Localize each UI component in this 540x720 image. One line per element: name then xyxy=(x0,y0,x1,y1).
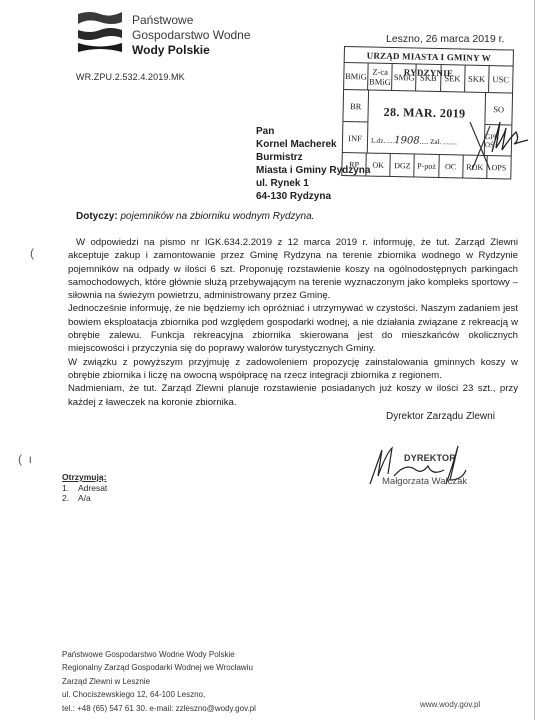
org-line-1: Państwowe xyxy=(132,13,251,28)
body-paragraph: Jednocześnie informuję, że nie będziemy … xyxy=(68,302,518,355)
scan-edge-line xyxy=(534,0,535,720)
letter-body: W odpowiedzi na pismo nr IGK.634.2.2019 … xyxy=(68,236,518,409)
signature-stamp-title: DYREKTOR xyxy=(404,453,456,463)
stamp-cell: Z-ca BMiG xyxy=(368,64,393,90)
footer-line: Państwowe Gospodarstwo Wodne Wody Polski… xyxy=(62,648,256,661)
distribution-list: Otrzymują: 1.Adresat 2.A/a xyxy=(62,472,107,504)
handwritten-initials-icon xyxy=(486,118,530,158)
recipient-line: Miasta i Gminy Rydzyna xyxy=(256,164,370,177)
footer-line: Zarząd Zlewni w Lesznie xyxy=(62,675,256,688)
stamp-cell: USC xyxy=(489,66,513,92)
recipient-line: 64-130 Rydzyna xyxy=(256,190,370,203)
stamp-cell: DGZ xyxy=(391,154,416,177)
org-line-2: Gospodarstwo Wodne xyxy=(132,28,251,43)
signatory-role: Dyrektor Zarządu Zlewni xyxy=(386,411,495,422)
signatory-name: Małgorzata Walczak xyxy=(382,476,467,487)
reference-number: WR.ZPU.2.532.4.2019.MK xyxy=(76,72,185,82)
subject-line: Dotyczy: pojemników na zbiorniku wodnym … xyxy=(76,211,314,222)
footer-line: Regionalny Zarząd Gospodarki Wodnej we W… xyxy=(62,661,256,674)
stamp-received-date: 28. MAR. 2019 xyxy=(383,105,465,122)
distribution-header: Otrzymują: xyxy=(62,472,107,483)
recipient-line: Pan xyxy=(256,125,370,138)
stamp-cell: SKB xyxy=(417,65,442,91)
ldz-label: L.dz. xyxy=(371,137,386,145)
footer-line: ul. Chociszewskiego 12, 64-100 Leszno, xyxy=(62,688,256,701)
distribution-item: 2.A/a xyxy=(62,493,107,504)
subject-value: pojemników na zbiorniku wodnym Rydzyna. xyxy=(120,211,314,222)
footer-line: tel.: +48 (65) 547 61 30. e-mail: zzlesz… xyxy=(62,702,256,715)
stamp-cell: SMiG xyxy=(392,64,417,90)
footer-address: Państwowe Gospodarstwo Wodne Wody Polski… xyxy=(62,648,256,715)
recipient-address: Pan Kornel Macherek Burmistrz Miasta i G… xyxy=(256,125,370,203)
recipient-line: Burmistrz xyxy=(256,151,370,164)
body-paragraph: Nadmieniam, że tut. Zarząd Zlewni planuj… xyxy=(68,382,518,409)
stamp-cell: P-poż xyxy=(415,155,440,178)
recipient-line: Kornel Macherek xyxy=(256,138,370,151)
zal-label: Zał. xyxy=(430,138,441,146)
stamp-cell: SKK xyxy=(465,66,490,92)
body-paragraph: W związku z powyższym przyjmuję z zadowo… xyxy=(68,356,518,383)
subject-label: Dotyczy: xyxy=(76,211,118,222)
place-date: Leszno, 26 marca 2019 r. xyxy=(386,33,505,45)
distribution-item: 1.Adresat xyxy=(62,483,107,494)
recipient-line: ul. Rynek 1 xyxy=(256,177,370,190)
stamp-ldz-line: L.dz. ....1908..... Zał. ........ xyxy=(371,135,457,148)
organization-name: Państwowe Gospodarstwo Wodne Wody Polski… xyxy=(132,13,251,58)
stamp-cell: OC xyxy=(439,155,464,178)
org-line-3: Wody Polskie xyxy=(132,43,251,58)
ldz-value: 1908 xyxy=(394,135,420,147)
body-paragraph: W odpowiedzi na pismo nr IGK.634.2.2019 … xyxy=(68,236,518,302)
wody-polskie-logo xyxy=(76,10,124,54)
waves-logo-icon xyxy=(76,10,124,54)
scan-mark: ( xyxy=(30,246,34,260)
stamp-cell: BR xyxy=(343,90,368,122)
footer-website: www.wody.gov.pl xyxy=(420,700,480,709)
stamp-cell: BMiG xyxy=(344,63,369,89)
scan-mark: ( ı xyxy=(18,452,32,466)
stamp-cell: SEK xyxy=(441,65,466,91)
stamp-top-row: BMiG Z-ca BMiG SMiG SKB SEK SKK USC xyxy=(343,62,514,94)
